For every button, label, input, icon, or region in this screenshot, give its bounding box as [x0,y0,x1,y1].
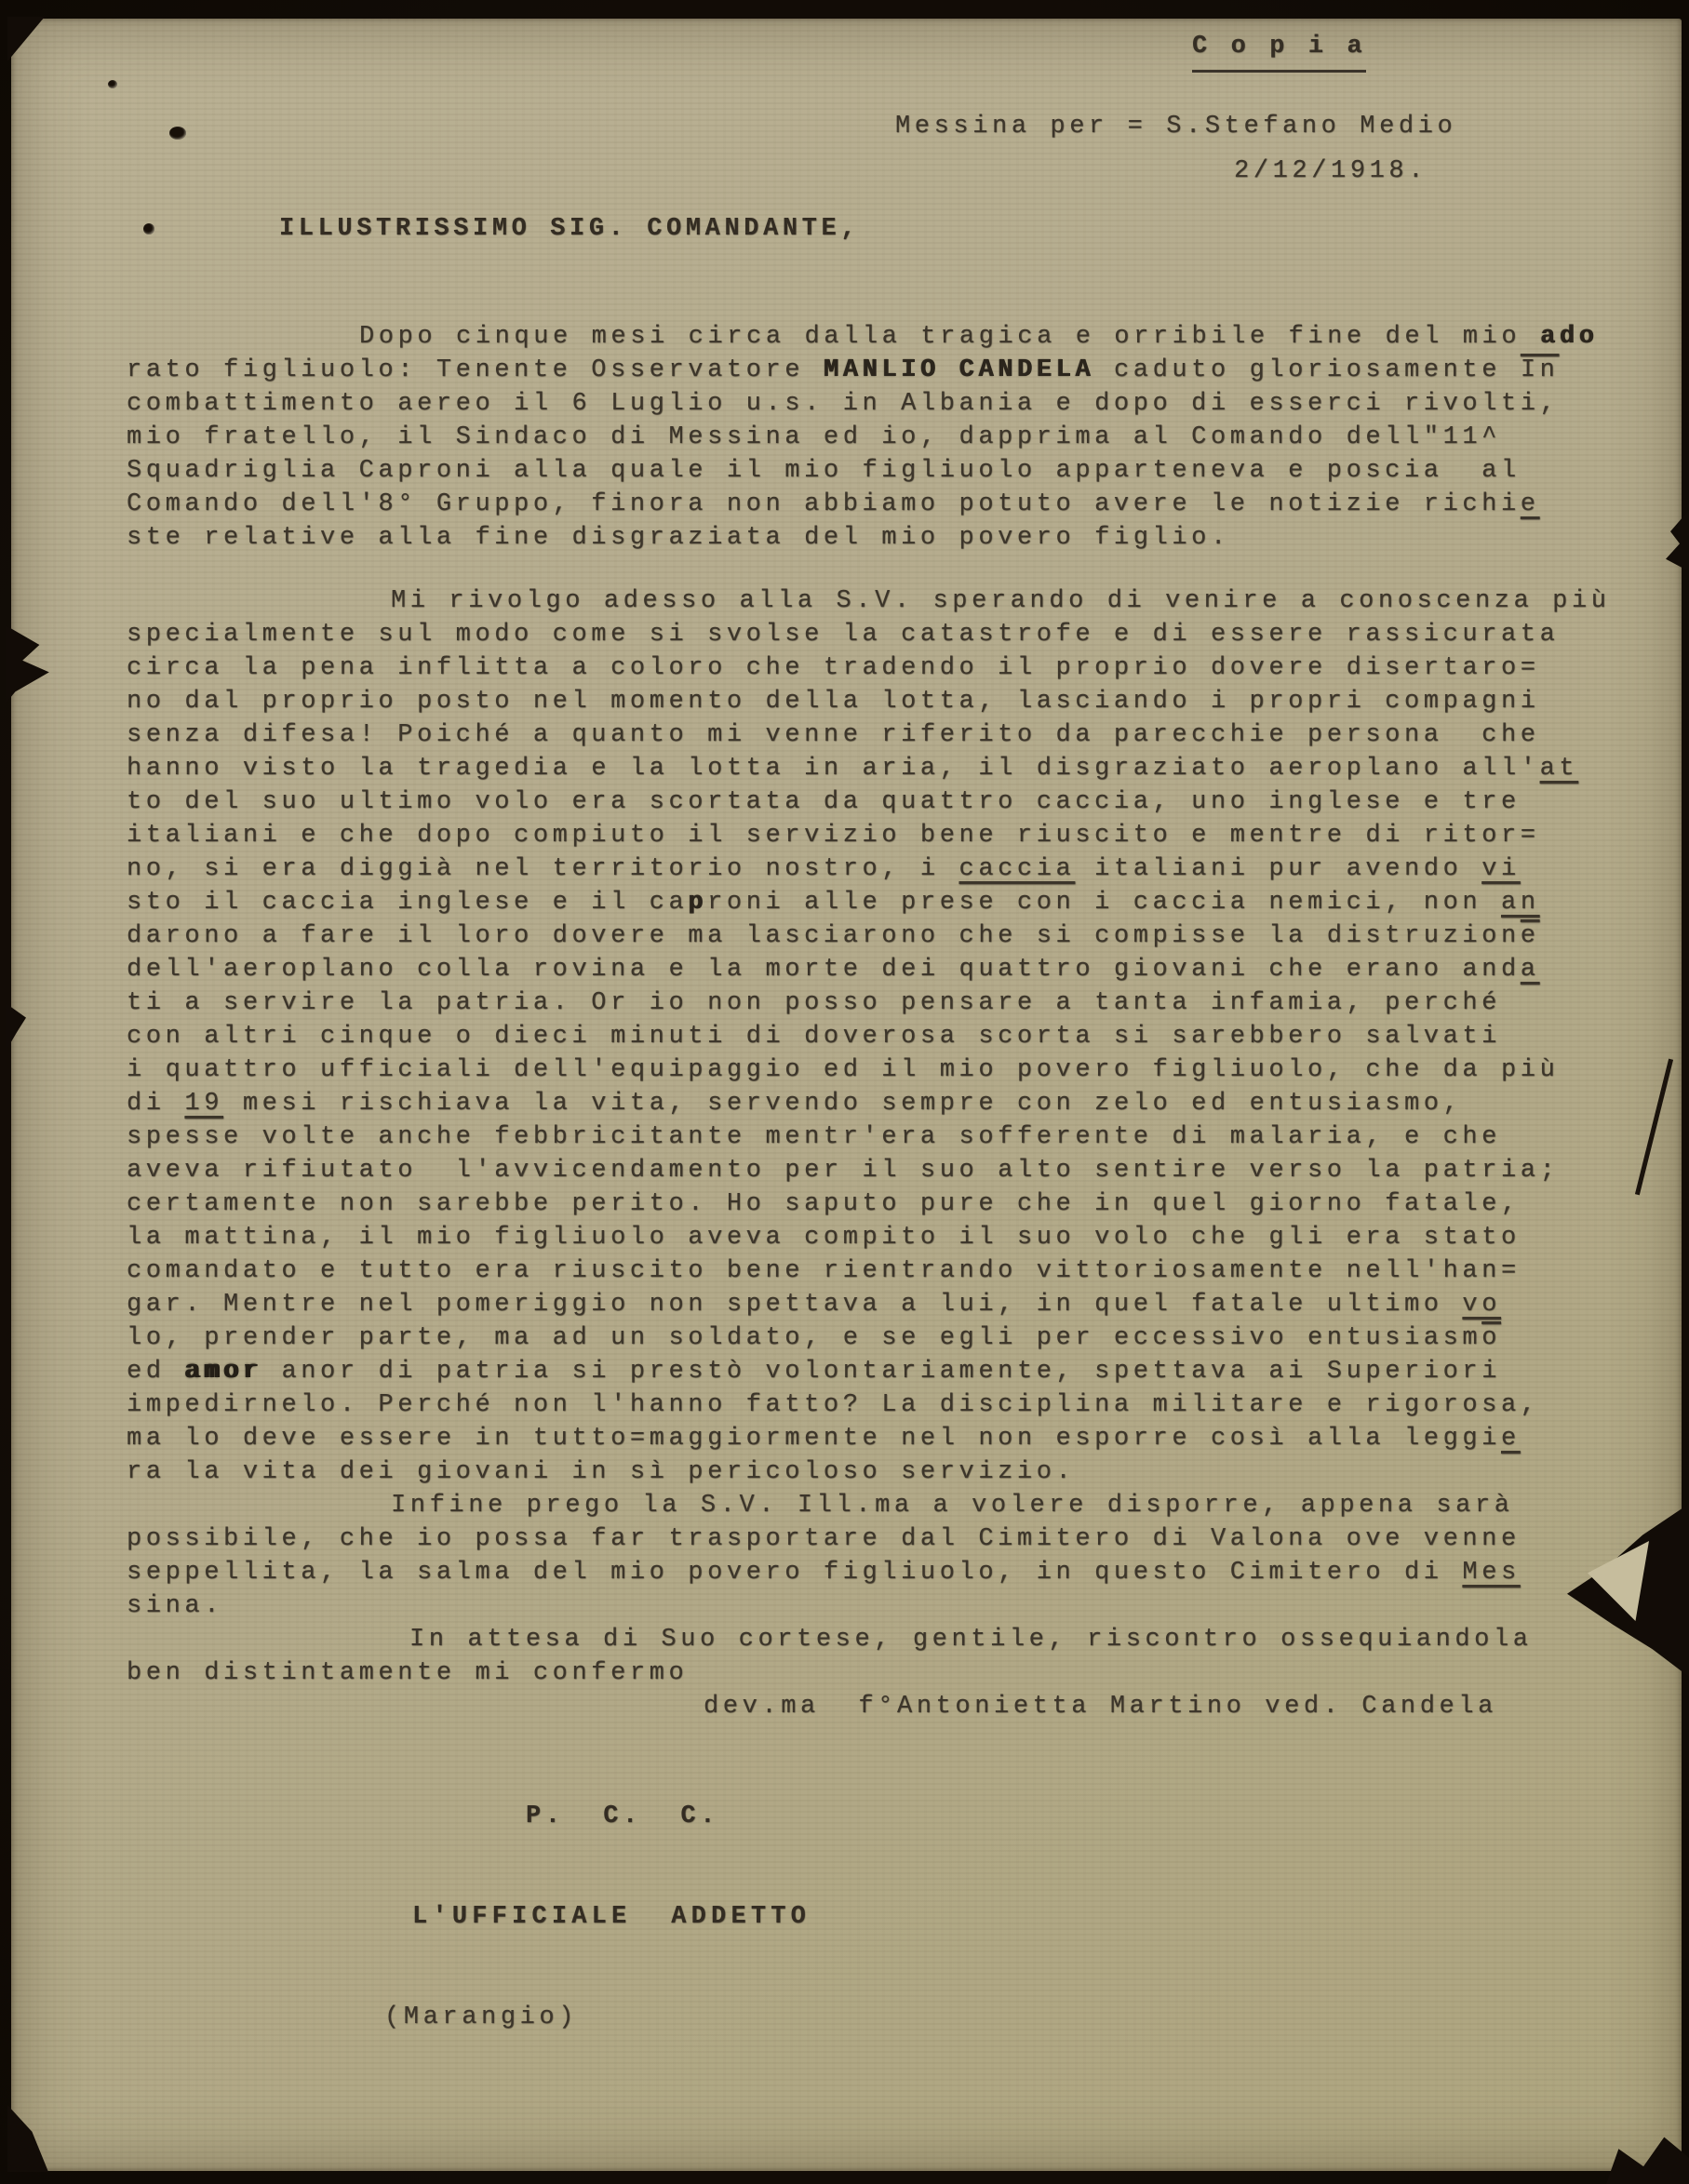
paragraph-1: Dopo cinque mesi circa dalla tragica e o… [127,320,1677,555]
letter-line: italiani e che dopo compiuto il servizio… [127,819,1677,852]
letter-line: gar. Mentre nel pomeriggio non spettava … [127,1288,1677,1321]
letter-line: lo, prender parte, ma ad un soldato, e s… [127,1321,1677,1355]
letter-line: con altri cinque o dieci minuti di dover… [127,1020,1677,1053]
letter-line: Infine prego la S.V. Ill.ma a volere dis… [127,1489,1677,1522]
letter-line: dell'aeroplano colla rovina e la morte d… [127,953,1677,986]
letter-line: to del suo ultimo volo era scortata da q… [127,785,1677,819]
paragraph-4: In attesa di Suo cortese, gentile, risco… [127,1623,1677,1690]
letter-line: hanno visto la tragedia e la lotta in ar… [127,752,1677,785]
letter-line: sina. [127,1589,1677,1623]
letter-line: In attesa di Suo cortese, gentile, risco… [127,1623,1677,1656]
signature-line: dev.ma f°Antonietta Martino ved. Candela [127,1690,1677,1723]
letter-line: ed amor anor di patria si prestò volonta… [127,1355,1677,1388]
letter-line: sto il caccia inglese e il caproni alle … [127,886,1677,919]
letter-line: i quattro ufficiali dell'equipaggio ed i… [127,1053,1677,1087]
letter-line: rato figliuolo: Tenente Osservatore MANL… [127,354,1677,387]
letter-line: combattimento aereo il 6 Luglio u.s. in … [127,387,1677,421]
letter-line: senza difesa! Poiché a quanto mi venne r… [127,718,1677,752]
letter-line: Dopo cinque mesi circa dalla tragica e o… [127,320,1677,354]
letter-content: C o p i a Messina per = S.Stefano Medio … [0,0,1689,2184]
letter-line: spesse volte anche febbricitante mentr'e… [127,1120,1677,1154]
letter-line: no dal proprio posto nel momento della l… [127,685,1677,718]
letter-line: possibile, che io possa far trasportare … [127,1522,1677,1556]
letter-line: ben distintamente mi confermo [127,1656,1677,1690]
letter-line: ma lo deve essere in tutto=maggiormente … [127,1422,1677,1455]
letter-line: specialmente sul modo come si svolse la … [127,618,1677,651]
official-name-line: (Marangio) [127,2001,1677,2034]
salutation: ILLUSTRISSIMO SIG. COMANDANTE, [279,212,860,246]
official-title-line: L'UFFICIALE ADDETTO [127,1900,1677,1934]
letter-body: Dopo cinque mesi circa dalla tragica e o… [127,320,1677,2101]
pcc-line: P. C. C. [127,1800,1677,1833]
scanned-letter-page: C o p i a Messina per = S.Stefano Medio … [0,0,1689,2184]
letter-line: di 19 mesi rischiava la vita, servendo s… [127,1087,1677,1120]
copy-label: C o p i a [1192,30,1366,73]
paragraph-3: Infine prego la S.V. Ill.ma a volere dis… [127,1489,1677,1623]
letter-line: ste relative alla fine disgraziata del m… [127,521,1677,555]
letter-line: Squadriglia Caproni alla quale il mio fi… [127,454,1677,488]
letter-line: Mi rivolgo adesso alla S.V. sperando di … [127,584,1677,618]
certification-block: P. C. C. L'UFFICIALE ADDETTO (Marangio) [127,1733,1677,2101]
letter-line: ti a servire la patria. Or io non posso … [127,986,1677,1020]
letter-line: darono a fare il loro dovere ma lasciaro… [127,919,1677,953]
letter-line: comandato e tutto era riuscito bene rien… [127,1254,1677,1288]
date-line: 2/12/1918. [1234,154,1428,188]
letter-line: no, si era diggià nel territorio nostro,… [127,852,1677,886]
paragraph-2: Mi rivolgo adesso alla S.V. sperando di … [127,584,1677,1489]
letter-line: mio fratello, il Sindaco di Messina ed i… [127,421,1677,454]
letter-line: ra la vita dei giovani in sì pericoloso … [127,1455,1677,1489]
letter-line: impedirnelo. Perché non l'hanno fatto? L… [127,1388,1677,1422]
letter-line: aveva rifiutato l'avvicendamento per il … [127,1154,1677,1187]
letter-line: seppellita, la salma del mio povero figl… [127,1556,1677,1589]
place-line: Messina per = S.Stefano Medio [895,110,1456,143]
letter-line: circa la pena inflitta a coloro che trad… [127,651,1677,685]
letter-line: Comando dell'8° Gruppo, finora non abbia… [127,488,1677,521]
letter-line: la mattina, il mio figliuolo aveva compi… [127,1221,1677,1254]
letter-line: certamente non sarebbe perito. Ho saputo… [127,1187,1677,1221]
